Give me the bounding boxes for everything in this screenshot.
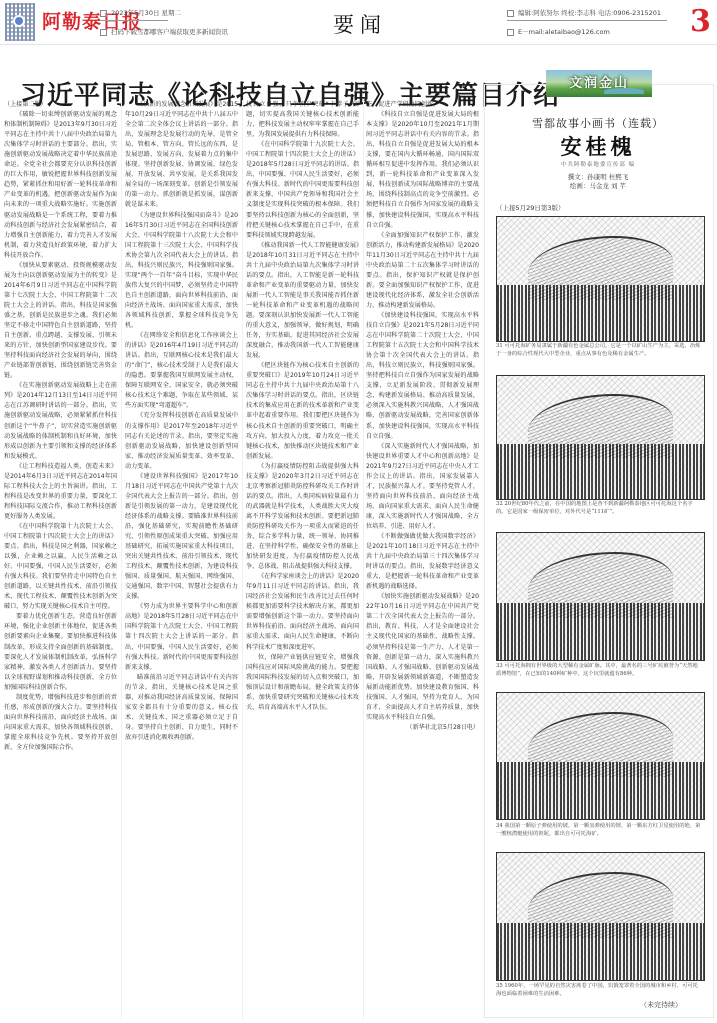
article-paragraph: （上接第二版） [4, 100, 117, 110]
comic-illustration-35[interactable] [496, 852, 705, 981]
to-be-continued: （未完待续） [640, 1000, 682, 1010]
article-paragraph: （新华社北京5月28日电） [366, 723, 479, 733]
editor-text: 编辑:阿依努尔 终校:李志科 电话:0906-2315201 [518, 9, 661, 17]
article-column-2: 《以新的发展理念引领发展》是2015年10月29日习近平同志在中共十八届五中全会… [125, 100, 238, 1020]
article-paragraph: 《把区块链作为核心技术自主创新的重要突破口》是2019年10月24日习近平同志在… [246, 361, 359, 461]
article-paragraph: 《推动我国新一代人工智能健康发展》是2018年10月31日习近平同志在主持中共十… [246, 241, 359, 362]
article-paragraph: 《以新的发展理念引领发展》是2015年10月29日习近平同志在中共十八届五中全会… [125, 100, 238, 211]
article-paragraph: 《在科学家座谈会上的讲话》是2020年9月11日习近平同志的讲话。指出，我国经济… [246, 572, 359, 652]
article-paragraph: 《加快从要素驱动、投资规模驱动发展为主向以创新驱动发展为主的转变》是2014年6… [4, 261, 117, 382]
article-paragraph: 瞄准前沿习近平同志讲话中有关内容的节录。指出，关键核心技术是国之重器，对推动我国… [125, 673, 238, 743]
checkbox-icon [100, 10, 107, 17]
article-paragraph: 《加快建设科技强国，实现高水平科技自立自强》是2021年5月28日习近平同志在中… [366, 311, 479, 442]
column-divider [363, 100, 364, 1020]
article-paragraph: 位，保障产业链供应链安全，增强我国科技应对国际风险挑战的能力。要把握我国国际科技… [246, 653, 359, 713]
comic-caption-31: 31 可可托海矿务局隶属于新疆有色金属总公司，它是一个以矿山生产为主，采选、冶炼… [496, 342, 703, 358]
comic-illustration-33[interactable] [496, 532, 705, 661]
section-title: 要闻 [333, 9, 387, 39]
editor-line: 编辑:阿依努尔 终校:李志科 电话:0906-2315201 [507, 8, 661, 17]
article-column-3: 技自立自强，只争朝夕突破“卡脖子”问题，切实提高我国关键核心技术创新能力，把科技… [246, 100, 359, 1020]
qr-hint-line: 扫码下载雪都哪客户端获取更多新闻资讯 [100, 27, 228, 36]
column-divider [121, 100, 122, 1020]
column-badge: 文润金山 [546, 70, 652, 97]
series-title: 安桂槐 [484, 131, 712, 161]
series-organization: 中共阿勒泰地委宣传部 编 [484, 160, 712, 168]
comic-illustration-34[interactable] [496, 692, 705, 820]
article-paragraph: 《为打赢疫情防控阻击战提供强大科技支撑》是2020年3月2日习近平同志在北京考察… [246, 462, 359, 573]
date-line: 2023年5月30日 星期二 [100, 8, 181, 17]
comic-illustration-31[interactable] [496, 216, 705, 342]
series-subtitle: 雪都故事小画书（连载） [484, 115, 712, 131]
script-credit: 撰文：孙康明 杜熙飞 [484, 172, 712, 181]
article-paragraph: 《建设世界科技强国》是2017年10月18日习近平同志在中国共产党第十九次全国代… [125, 472, 238, 603]
qr-code-icon[interactable] [5, 3, 35, 41]
article-paragraph: 《不断做强做优做大我国数字经济》是2021年10月18日习近平同志在主持中共十九… [366, 532, 479, 592]
article-paragraph: 《在中国科学院第十九次院士大会、中国工程院第十四次院士大会上的讲话》是2018年… [246, 140, 359, 240]
article-paragraph: 技自立自强，只争朝夕突破“卡脖子”问题，切实提高我国关键核心技术创新能力，把科技… [246, 100, 359, 140]
page-number: 3 [690, 4, 711, 39]
continued-from: （上接5月29日第3版） [496, 203, 565, 212]
article-paragraph: 《充分发挥科技创新在高质量发展中的支撑作用》是2017年至2018年习近平同志有… [125, 411, 238, 471]
comic-caption-32: 32 20世纪80年代之前，在中国的地图上是查不到新疆阿勒泰地区可可托海这个名字… [496, 500, 703, 516]
art-credit: 绘画：马金龙 刘 芊 [484, 181, 712, 190]
article-paragraph: 《在网络安全和信息化工作座谈会上的讲话》是2016年4月19日习近平同志的讲话。… [125, 331, 238, 411]
article-paragraph: 制度优势，增强科技进步和创新的责任感，形成创新的强大合力。要坚持科技面向世界科技… [4, 693, 117, 753]
article-paragraph: 《全面加强知识产权保护工作，激发创新活力，推动构建新发展格局》是2020年11月… [366, 231, 479, 311]
article-paragraph: 《科技自立自强是促进发展大局的根本支撑》是2020年10月至2021年1月期间习… [366, 110, 479, 231]
article-paragraph: 《在实施创新驱动发展战略上走在前列》是2014年12月13日至14日习近平同志在… [4, 381, 117, 461]
article-paragraph: 要着力优化创新生态，营造良好创新环境，强化企业创新主体地位，促进各类创新要素向企… [4, 612, 117, 692]
divider [507, 20, 667, 21]
article-paragraph: 态，促进产学研协同创新。 [366, 100, 479, 110]
article-paragraph: 《让工程科技造福人类、创造未来》是2014年6月3日习近平同志在2014年国际工… [4, 462, 117, 522]
article-column-4: 态，促进产学研协同创新。《科技自立自强是促进发展大局的根本支撑》是2020年10… [366, 100, 479, 1020]
checkbox-icon [507, 10, 514, 17]
article-paragraph: 《在中国科学院第十九次院士大会、中国工程院第十四次院士大会上的讲话》要点。指出，… [4, 522, 117, 612]
comic-caption-34: 34 我国第一颗原子弹使用的铍，第一颗氢弹使用的锂，第一颗东方红卫星使用的铯，第… [496, 822, 703, 838]
article-paragraph: 《加快实施创新驱动发展战略》是2022年10月16日习近平同志在中国共产党第二十… [366, 592, 479, 723]
date-text: 2023年5月30日 星期二 [111, 9, 181, 17]
article-paragraph: 《破除一切束缚创新驱动发展的观念和体制机制障碍》是2013年9月30日习近平同志… [4, 110, 117, 261]
comic-caption-33: 33 可可托海拥有世界级的大型稀有金属矿脉。其中，最著名的三号矿坑被誉为“天然地… [496, 662, 703, 678]
article-paragraph: 《深入实施新时代人才强国战略，加快建设世界重要人才中心和创新高地》是2021年9… [366, 442, 479, 532]
checkbox-icon [100, 29, 107, 36]
email-line: E－mail:aletaibao@126.com [507, 27, 610, 36]
comic-caption-35: 35 1960年，一场罕见的自然灾害席卷了中国，饥饿笼罩着全国的城市和乡村，可可… [496, 982, 703, 998]
article-column-1: （上接第二版）《破除一切束缚创新驱动发展的观念和体制机制障碍》是2013年9月3… [4, 100, 117, 1020]
qr-hint-text: 扫码下载雪都哪客户端获取更多新闻资讯 [111, 28, 228, 36]
email-text[interactable]: E－mail:aletaibao@126.com [518, 28, 610, 36]
article-paragraph: 《努力成为世界主要科学中心和创新高地》是2018年5月28日习近平同志在中国科学… [125, 602, 238, 672]
divider [100, 20, 168, 21]
comic-illustration-32[interactable] [496, 375, 705, 500]
checkbox-icon [507, 29, 514, 36]
column-divider [242, 100, 243, 1020]
article-paragraph: 《为建设世界科技强国而奋斗》是2016年5月30日习近平同志在全国科技创新大会、… [125, 211, 238, 332]
masthead: 阿勒泰日报 2023年5月30日 星期二 扫码下载雪都哪客户端获取更多新闻资讯 … [0, 0, 717, 45]
